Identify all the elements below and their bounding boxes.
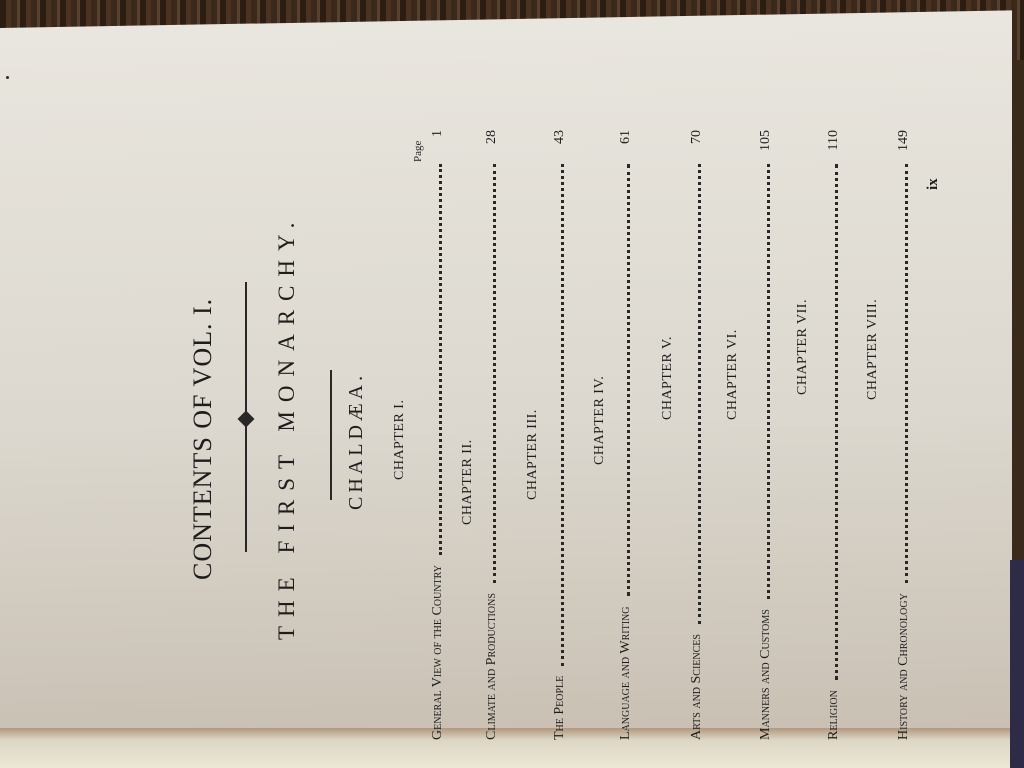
toc-entry[interactable]: General View of the Country 1 xyxy=(426,130,446,740)
dot-leader xyxy=(905,164,908,583)
ornamental-rule xyxy=(240,282,252,552)
toc-entry-page: 1 xyxy=(430,130,446,154)
toc-entry[interactable]: Manners and Customs 105 xyxy=(754,130,774,740)
chapter-heading: CHAPTER V. xyxy=(660,336,676,420)
toc-entry-page: 28 xyxy=(484,130,500,154)
ornament-diamond-icon xyxy=(238,411,255,428)
chapter-heading: CHAPTER I. xyxy=(392,400,408,480)
toc-entry[interactable]: Language and Writing 61 xyxy=(614,130,634,740)
toc-entry[interactable]: Climate and Productions 28 xyxy=(480,130,500,740)
toc-entry[interactable]: Religion 110 xyxy=(822,130,842,740)
book-cover-edge xyxy=(1010,560,1024,768)
dot-leader xyxy=(767,164,770,599)
page-folio-number: ix xyxy=(925,178,942,190)
toc-entry-page: 110 xyxy=(826,130,842,154)
chapter-heading: CHAPTER II. xyxy=(460,439,476,525)
toc-entry-title: History and Chronology xyxy=(896,593,912,740)
toc-entry[interactable]: Arts and Sciences 70 xyxy=(685,130,705,740)
toc-entry-title: Arts and Sciences xyxy=(689,634,705,740)
short-divider xyxy=(330,370,332,500)
toc-entry-page: 70 xyxy=(689,130,705,154)
chapter-heading: CHAPTER IV. xyxy=(592,376,608,465)
chapter-heading: CHAPTER VI. xyxy=(725,329,741,420)
region-heading: CHALDÆA. xyxy=(345,372,368,510)
dot-leader xyxy=(561,164,564,666)
dot-leader xyxy=(439,164,442,555)
rotated-contents-page: CONTENTS OF VOL. I. THE FIRST MONARCHY. … xyxy=(180,120,980,740)
toc-entry-page: 105 xyxy=(758,130,774,154)
chapter-heading: CHAPTER VIII. xyxy=(865,299,881,400)
toc-entry-page: 149 xyxy=(896,130,912,154)
toc-entry[interactable]: History and Chronology 149 xyxy=(892,130,912,740)
toc-entry-title: The People xyxy=(552,676,568,740)
dot-leader xyxy=(627,164,630,597)
dot-leader xyxy=(835,164,838,680)
toc-entry-page: 61 xyxy=(618,130,634,154)
paper-speck xyxy=(6,76,9,79)
chapter-heading: CHAPTER VII. xyxy=(795,299,811,395)
toc-entry-title: General View of the Country xyxy=(430,565,446,740)
dot-leader xyxy=(493,164,496,583)
toc-entry-title: Language and Writing xyxy=(618,607,634,741)
toc-entry[interactable]: The People 43 xyxy=(548,130,568,740)
dot-leader xyxy=(698,164,701,624)
toc-entry-page: 43 xyxy=(552,130,568,154)
section-title: THE FIRST MONARCHY. xyxy=(274,214,300,640)
chapter-heading: CHAPTER III. xyxy=(525,409,541,500)
toc-entry-title: Religion xyxy=(826,690,842,740)
toc-entry-title: Manners and Customs xyxy=(758,609,774,740)
toc-entry-title: Climate and Productions xyxy=(484,593,500,740)
contents-heading: CONTENTS OF VOL. I. xyxy=(188,298,218,580)
page-column-label: Page xyxy=(412,141,424,162)
